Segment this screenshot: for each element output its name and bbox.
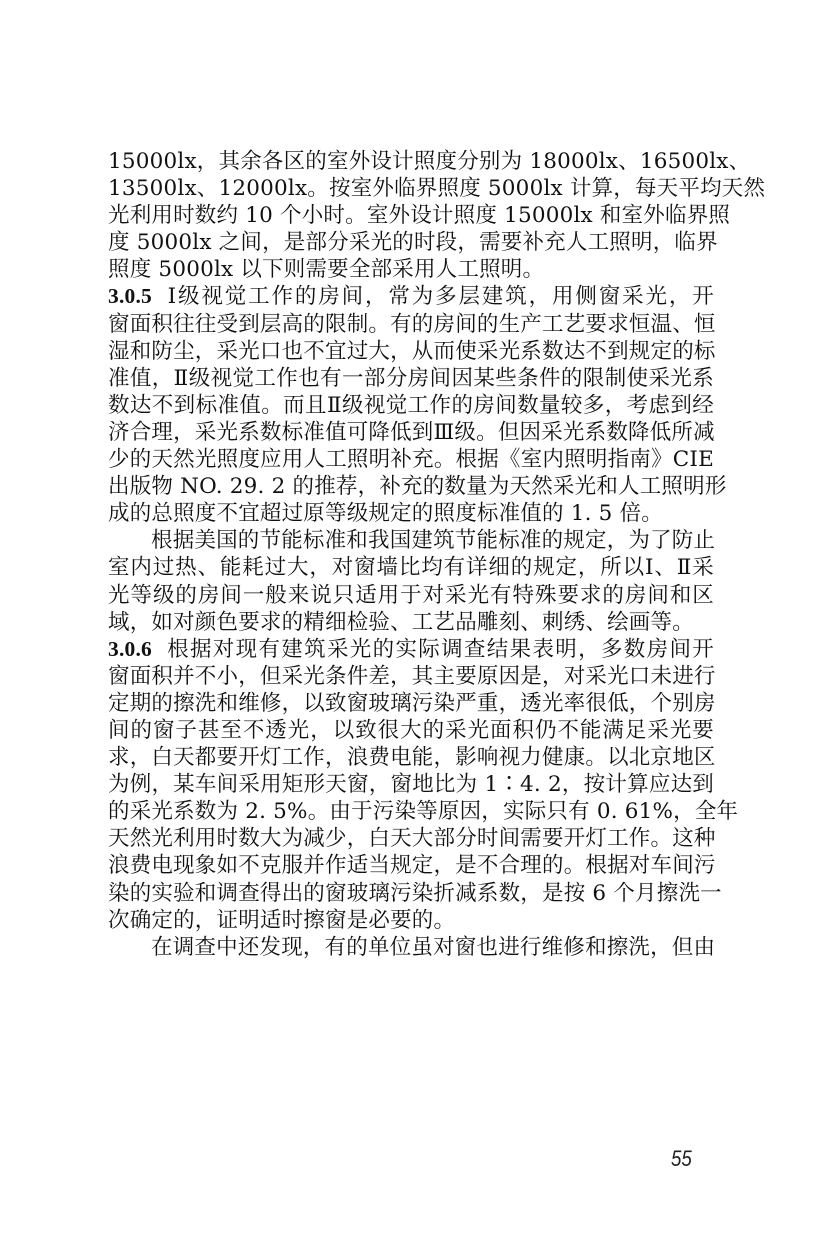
clause-text: 根据对现有建筑采光的实际调查结果表明，多数房间开 — [166, 637, 714, 662]
text-line: 数达不到标准值。而且Ⅱ级视觉工作的房间数量较多，考虑到经 — [108, 392, 714, 419]
text-line: 天然光利用时数大为减少，白天大部分时间需要开灯工作。这种 — [108, 825, 714, 852]
clause-number: 3.0.5 — [108, 284, 152, 308]
paragraph-survey-findings: 在调查中还发现，有的单位虽对窗也进行维修和擦洗，但由 — [108, 934, 714, 961]
text-line: 的采光系数为 2. 5%。由于污染等原因，实际只有 0. 61%，全年 — [108, 798, 714, 825]
page-number: 55 — [671, 1146, 692, 1172]
clause-number: 3.0.6 — [108, 637, 152, 661]
text-line: 次确定的，证明适时擦窗是必要的。 — [108, 907, 714, 934]
text-line: 照度 5000lx 以下则需要全部采用人工照明。 — [108, 256, 714, 283]
clause-3-0-5: 3.0.5Ⅰ级视觉工作的房间，常为多层建筑，用侧窗采光，开 窗面积往往受到层高的… — [108, 283, 714, 527]
text-line: 在调查中还发现，有的单位虽对窗也进行维修和擦洗，但由 — [108, 934, 714, 961]
text-line: 3.0.5Ⅰ级视觉工作的房间，常为多层建筑，用侧窗采光，开 — [108, 283, 714, 310]
text-line: 求，白天都要开灯工作，浪费电能，影响视力健康。以北京地区 — [108, 744, 714, 771]
text-line: 济合理，采光系数标准值可降低到Ⅲ级。但因采光系数降低所减 — [108, 419, 714, 446]
clause-text: Ⅰ级视觉工作的房间，常为多层建筑，用侧窗采光，开 — [166, 284, 714, 309]
text-line: 浪费电现象如不克服并作适当规定，是不合理的。根据对车间污 — [108, 852, 714, 879]
text-line: 少的天然光照度应用人工照明补充。根据《室内照明指南》CIE — [108, 446, 714, 473]
text-line: 窗面积并不小，但采光条件差，其主要原因是，对采光口未进行 — [108, 663, 714, 690]
text-line: 为例，某车间采用矩形天窗，窗地比为 1∶4. 2，按计算应达到 — [108, 771, 714, 798]
text-line: 出版物 NO. 29. 2 的推荐，补充的数量为天然采光和人工照明形 — [108, 473, 714, 500]
text-line: 根据美国的节能标准和我国建筑节能标准的规定，为了防止 — [108, 527, 714, 554]
clause-3-0-6: 3.0.6根据对现有建筑采光的实际调查结果表明，多数房间开 窗面积并不小，但采光… — [108, 636, 714, 934]
text-line: 光利用时数约 10 个小时。室外设计照度 15000lx 和室外临界照 — [108, 202, 714, 229]
text-line: 15000lx，其余各区的室外设计照度分别为 18000lx、16500lx、 — [108, 148, 714, 175]
text-line: 间的窗子甚至不透光，以致很大的采光面积仍不能满足采光要 — [108, 717, 714, 744]
paragraph-energy-standards: 根据美国的节能标准和我国建筑节能标准的规定，为了防止 室内过热、能耗过大，对窗墙… — [108, 527, 714, 635]
text-line: 染的实验和调查得出的窗玻璃污染折减系数，是按 6 个月擦洗一 — [108, 880, 714, 907]
text-line: 域，如对颜色要求的精细检验、工艺品雕刻、刺绣、绘画等。 — [108, 609, 714, 636]
text-line: 定期的擦洗和维修，以致窗玻璃污染严重，透光率很低，个别房 — [108, 690, 714, 717]
document-body: 15000lx，其余各区的室外设计照度分别为 18000lx、16500lx、 … — [108, 148, 714, 961]
text-line: 准值，Ⅱ级视觉工作也有一部分房间因某些条件的限制使采光系 — [108, 365, 714, 392]
text-line: 度 5000lx 之间，是部分采光的时段，需要补充人工照明，临界 — [108, 229, 714, 256]
text-line: 成的总照度不宜超过原等级规定的照度标准值的 1. 5 倍。 — [108, 500, 714, 527]
text-line: 室内过热、能耗过大，对窗墙比均有详细的规定，所以Ⅰ、Ⅱ采 — [108, 554, 714, 581]
text-line: 窗面积往往受到层高的限制。有的房间的生产工艺要求恒温、恒 — [108, 311, 714, 338]
text-line: 13500lx、12000lx。按室外临界照度 5000lx 计算，每天平均天然 — [108, 175, 714, 202]
paragraph-continuation: 15000lx，其余各区的室外设计照度分别为 18000lx、16500lx、 … — [108, 148, 714, 283]
text-line: 湿和防尘，采光口也不宜过大，从而使采光系数达不到规定的标 — [108, 338, 714, 365]
text-line: 3.0.6根据对现有建筑采光的实际调查结果表明，多数房间开 — [108, 636, 714, 663]
text-line: 光等级的房间一般来说只适用于对采光有特殊要求的房间和区 — [108, 582, 714, 609]
